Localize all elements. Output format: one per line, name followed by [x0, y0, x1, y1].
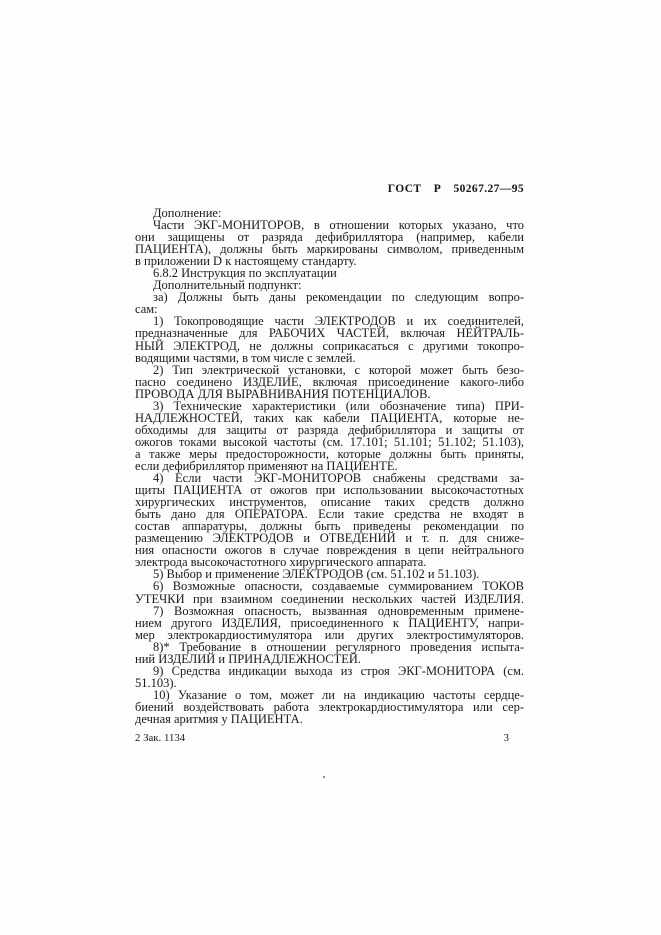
text-line: 3) Технические характеристики (или обозн… — [135, 400, 524, 412]
text-line: за) Должны быть даны рекомендации по сле… — [135, 291, 524, 303]
text-line: ПРОВОДА ДЛЯ ВЫРАВНИВАНИЯ ПОТЕНЦИАЛОВ. — [135, 388, 524, 400]
text-line: мер электрокардиостимулятора или других … — [135, 629, 524, 641]
scanned-document-page: ГОСТ Р 50267.27—95 Дополнение:Части ЭКГ-… — [0, 0, 661, 935]
document-body: Дополнение:Части ЭКГ-МОНИТОРОВ, в отноше… — [135, 207, 524, 725]
text-line: 6) Возможные опасности, создаваемые сумм… — [135, 580, 524, 592]
text-line: водящими частями, в том числе с землей. — [135, 352, 524, 364]
text-line: предназначенные для РАБОЧИХ ЧАСТЕЙ, вклю… — [135, 327, 524, 339]
text-line: 8)* Требование в отношении регулярного п… — [135, 641, 524, 653]
text-line: пасно соединено ИЗДЕЛИЕ, включая присоед… — [135, 376, 524, 388]
text-line: УТЕЧКИ при взаимном соединении нескольки… — [135, 593, 524, 605]
scan-speck — [323, 776, 325, 778]
text-line: 7) Возможная опасность, вызванная одновр… — [135, 605, 524, 617]
page-number: 3 — [504, 732, 509, 744]
page-header: ГОСТ Р 50267.27—95 — [135, 183, 524, 195]
text-line: ний ИЗДЕЛИЙ и ПРИНАДЛЕЖНОСТЕЙ. — [135, 653, 524, 665]
print-imprint-note: 2 Зак. 1134 — [135, 732, 185, 744]
standard-code: ГОСТ Р 50267.27—95 — [388, 183, 524, 195]
page-footer: 2 Зак. 1134 3 — [135, 732, 509, 744]
text-line: дечная аритмия у ПАЦИЕНТА. — [135, 713, 524, 725]
text-line: НЫЙ ЭЛЕКТРОД, не должны соприкасаться с … — [135, 340, 524, 352]
text-line: 9) Средства индикации выхода из строя ЭК… — [135, 665, 524, 677]
text-line: 2) Тип электрической установки, с которо… — [135, 364, 524, 376]
text-line: нием другого ИЗДЕЛИЯ, присоединенного к … — [135, 617, 524, 629]
